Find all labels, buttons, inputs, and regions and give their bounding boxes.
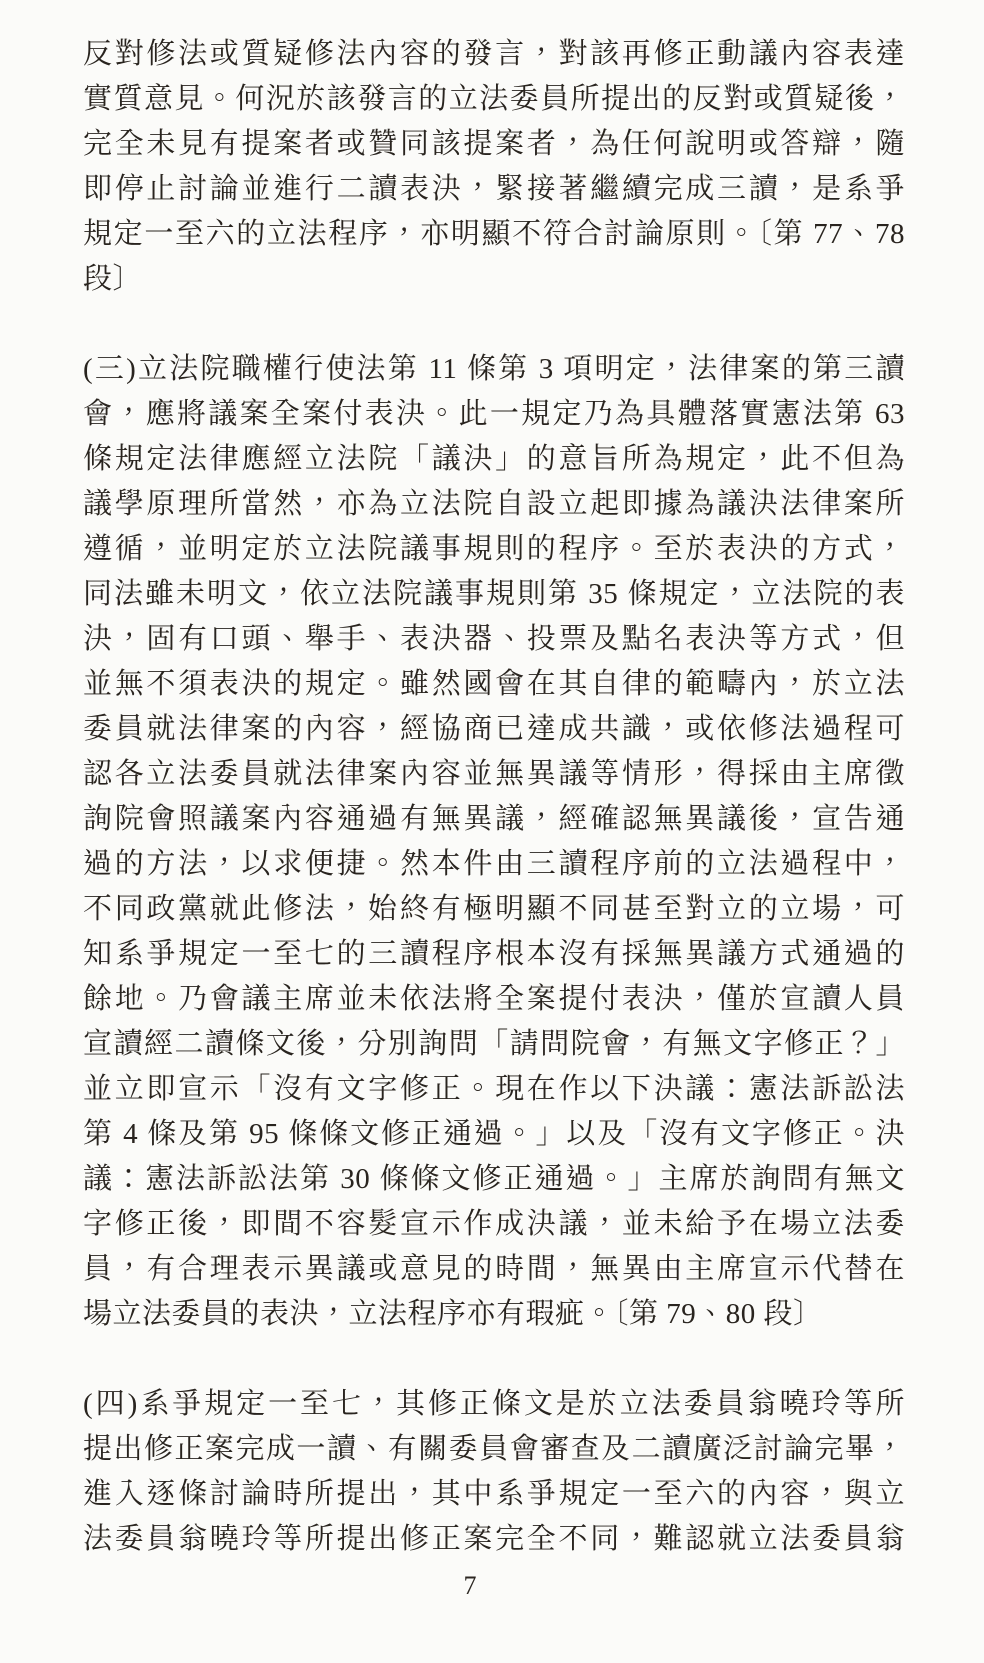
text-line: 餘地。乃會議主席並未依法將全案提付表決，僅於宣讀人員 (83, 977, 905, 1022)
text-line: 場立法委員的表決，立法程序亦有瑕疵。〔第 79、80 段〕 (83, 1292, 905, 1337)
text-line: 提出修正案完成一讀、有關委員會審查及二讀廣泛討論完畢， (83, 1427, 905, 1472)
text-line: 進入逐條討論時所提出，其中系爭規定一至六的內容，與立 (83, 1472, 905, 1517)
text-line: 知系爭規定一至七的三讀程序根本沒有採無異議方式通過的 (83, 932, 905, 977)
text-line: 委員就法律案的內容，經協商已達成共識，或依修法過程可 (83, 707, 905, 752)
text-line: 字修正後，即間不容髮宣示作成決議，並未給予在場立法委 (83, 1202, 905, 1247)
text-line: 實質意見。何況於該發言的立法委員所提出的反對或質疑後， (83, 77, 905, 122)
text-line: 第 4 條及第 95 條條文修正通過。」以及「沒有文字修正。決 (83, 1112, 905, 1157)
text-line: 並立即宣示「沒有文字修正。現在作以下決議：憲法訴訟法 (83, 1067, 905, 1112)
text-line: 規定一至六的立法程序，亦明顯不符合討論原則。〔第 77、78 (83, 212, 905, 257)
text-line: 宣讀經二讀條文後，分別詢問「請問院會，有無文字修正？」 (83, 1022, 905, 1067)
text-line: 反對修法或質疑修法內容的發言，對該再修正動議內容表達 (83, 32, 905, 77)
text-line: 條規定法律應經立法院「議決」的意旨所為規定，此不但為 (83, 437, 905, 482)
text-line: 議學原理所當然，亦為立法院自設立起即據為議決法律案所 (83, 482, 905, 527)
document-page: 反對修法或質疑修法內容的發言，對該再修正動議內容表達實質意見。何況於該發言的立法… (0, 0, 984, 1663)
text-line: 法委員翁曉玲等所提出修正案完全不同，難認就立法委員翁 (83, 1517, 905, 1562)
text-line: 過的方法，以求便捷。然本件由三讀程序前的立法過程中， (83, 842, 905, 887)
text-line: 同法雖未明文，依立法院議事規則第 35 條規定，立法院的表 (83, 572, 905, 617)
text-line: 員，有合理表示異議或意見的時間，無異由主席宣示代替在 (83, 1247, 905, 1292)
paragraph-item-three: (三)立法院職權行使法第 11 條第 3 項明定，法律案的第三讀會，應將議案全案… (83, 347, 905, 1337)
text-line: 完全未見有提案者或贊同該提案者，為任何說明或答辯，隨 (83, 122, 905, 167)
paragraph-continued: 反對修法或質疑修法內容的發言，對該再修正動議內容表達實質意見。何況於該發言的立法… (83, 32, 905, 302)
text-line: 遵循，並明定於立法院議事規則的程序。至於表決的方式， (83, 527, 905, 572)
text-line: (四)系爭規定一至七，其修正條文是於立法委員翁曉玲等所 (83, 1382, 905, 1427)
text-line: 不同政黨就此修法，始終有極明顯不同甚至對立的立場，可 (83, 887, 905, 932)
page-number: 7 (59, 1568, 881, 1604)
text-line: 詢院會照議案內容通過有無異議，經確認無異議後，宣告通 (83, 797, 905, 842)
text-line: (三)立法院職權行使法第 11 條第 3 項明定，法律案的第三讀 (83, 347, 905, 392)
text-line: 認各立法委員就法律案內容並無異議等情形，得採由主席徵 (83, 752, 905, 797)
text-line: 決，固有口頭、舉手、表決器、投票及點名表決等方式，但 (83, 617, 905, 662)
text-line: 即停止討論並進行二讀表決，緊接著繼續完成三讀，是系爭 (83, 167, 905, 212)
text-line: 段〕 (83, 257, 905, 302)
text-line: 會，應將議案全案付表決。此一規定乃為具體落實憲法第 63 (83, 392, 905, 437)
text-line: 議：憲法訴訟法第 30 條條文修正通過。」主席於詢問有無文 (83, 1157, 905, 1202)
paragraph-item-four: (四)系爭規定一至七，其修正條文是於立法委員翁曉玲等所提出修正案完成一讀、有關委… (83, 1382, 905, 1562)
text-line: 並無不須表決的規定。雖然國會在其自律的範疇內，於立法 (83, 662, 905, 707)
